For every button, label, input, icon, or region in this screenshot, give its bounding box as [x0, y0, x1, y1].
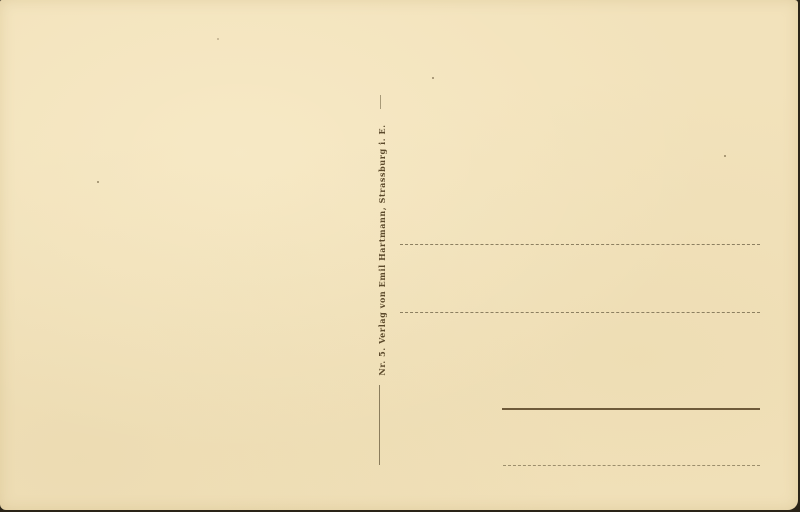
address-line-3-solid — [502, 408, 760, 410]
address-line-4 — [503, 465, 760, 466]
paper-speck — [217, 38, 219, 40]
address-line-2 — [400, 312, 760, 313]
postcard-back: Nr. 5. Verlag von Emil Hartmann, Strassb… — [0, 0, 798, 510]
paper-speck — [97, 181, 99, 183]
center-divider-top-rule — [380, 95, 381, 109]
center-divider-bottom-rule — [379, 385, 380, 465]
address-line-1 — [400, 244, 760, 245]
paper-speck — [724, 155, 726, 157]
paper-speck — [432, 77, 434, 79]
publisher-imprint: Nr. 5. Verlag von Emil Hartmann, Strassb… — [377, 124, 387, 375]
